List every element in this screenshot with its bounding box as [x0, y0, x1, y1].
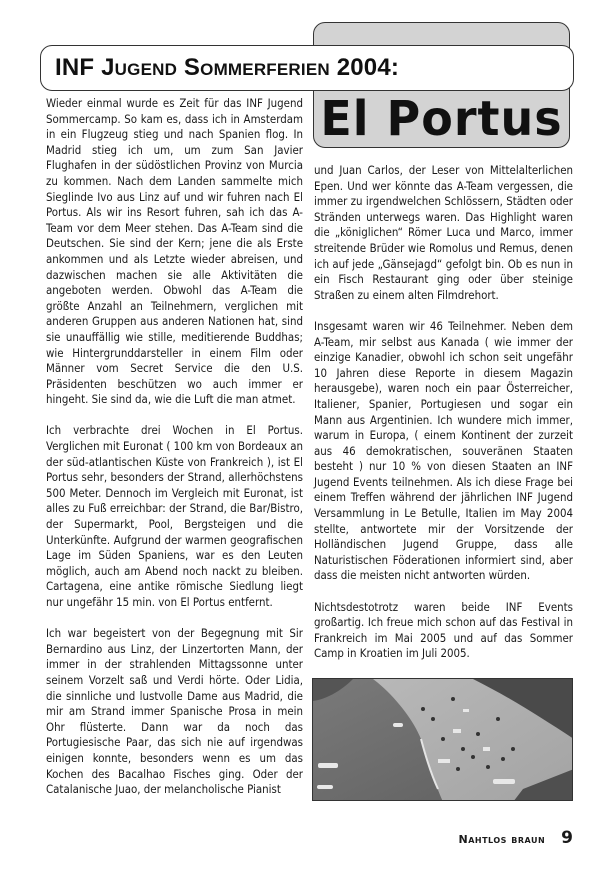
paragraph: Ich war begeistert von der Begegnung mit…	[46, 626, 303, 798]
paragraph: Ich verbrachte drei Wochen in El Portus.…	[46, 423, 303, 610]
beach-photo	[312, 678, 573, 801]
page-title: INF Jugend Sommerferien 2004:	[55, 54, 399, 82]
paragraph: Nichtsdestotrotz waren beide INF Events …	[314, 600, 573, 662]
page-footer: Nahtlos braun 9	[459, 828, 574, 848]
paragraph: und Juan Carlos, der Leser von Mittelalt…	[314, 163, 573, 303]
paragraph: Insgesamt waren wir 46 Teilnehmer. Neben…	[314, 319, 573, 584]
beach-photo-image	[313, 679, 573, 801]
subtitle: El Portus	[314, 94, 569, 142]
paragraph: Wieder einmal wurde es Zeit für das INF …	[46, 96, 303, 408]
title-banner: INF Jugend Sommerferien 2004:	[40, 45, 574, 91]
page-number: 9	[561, 828, 573, 848]
article-right-column: und Juan Carlos, der Leser von Mittelalt…	[314, 163, 573, 678]
article-left-column: Wieder einmal wurde es Zeit für das INF …	[46, 96, 303, 813]
publication-name: Nahtlos braun	[459, 833, 546, 846]
